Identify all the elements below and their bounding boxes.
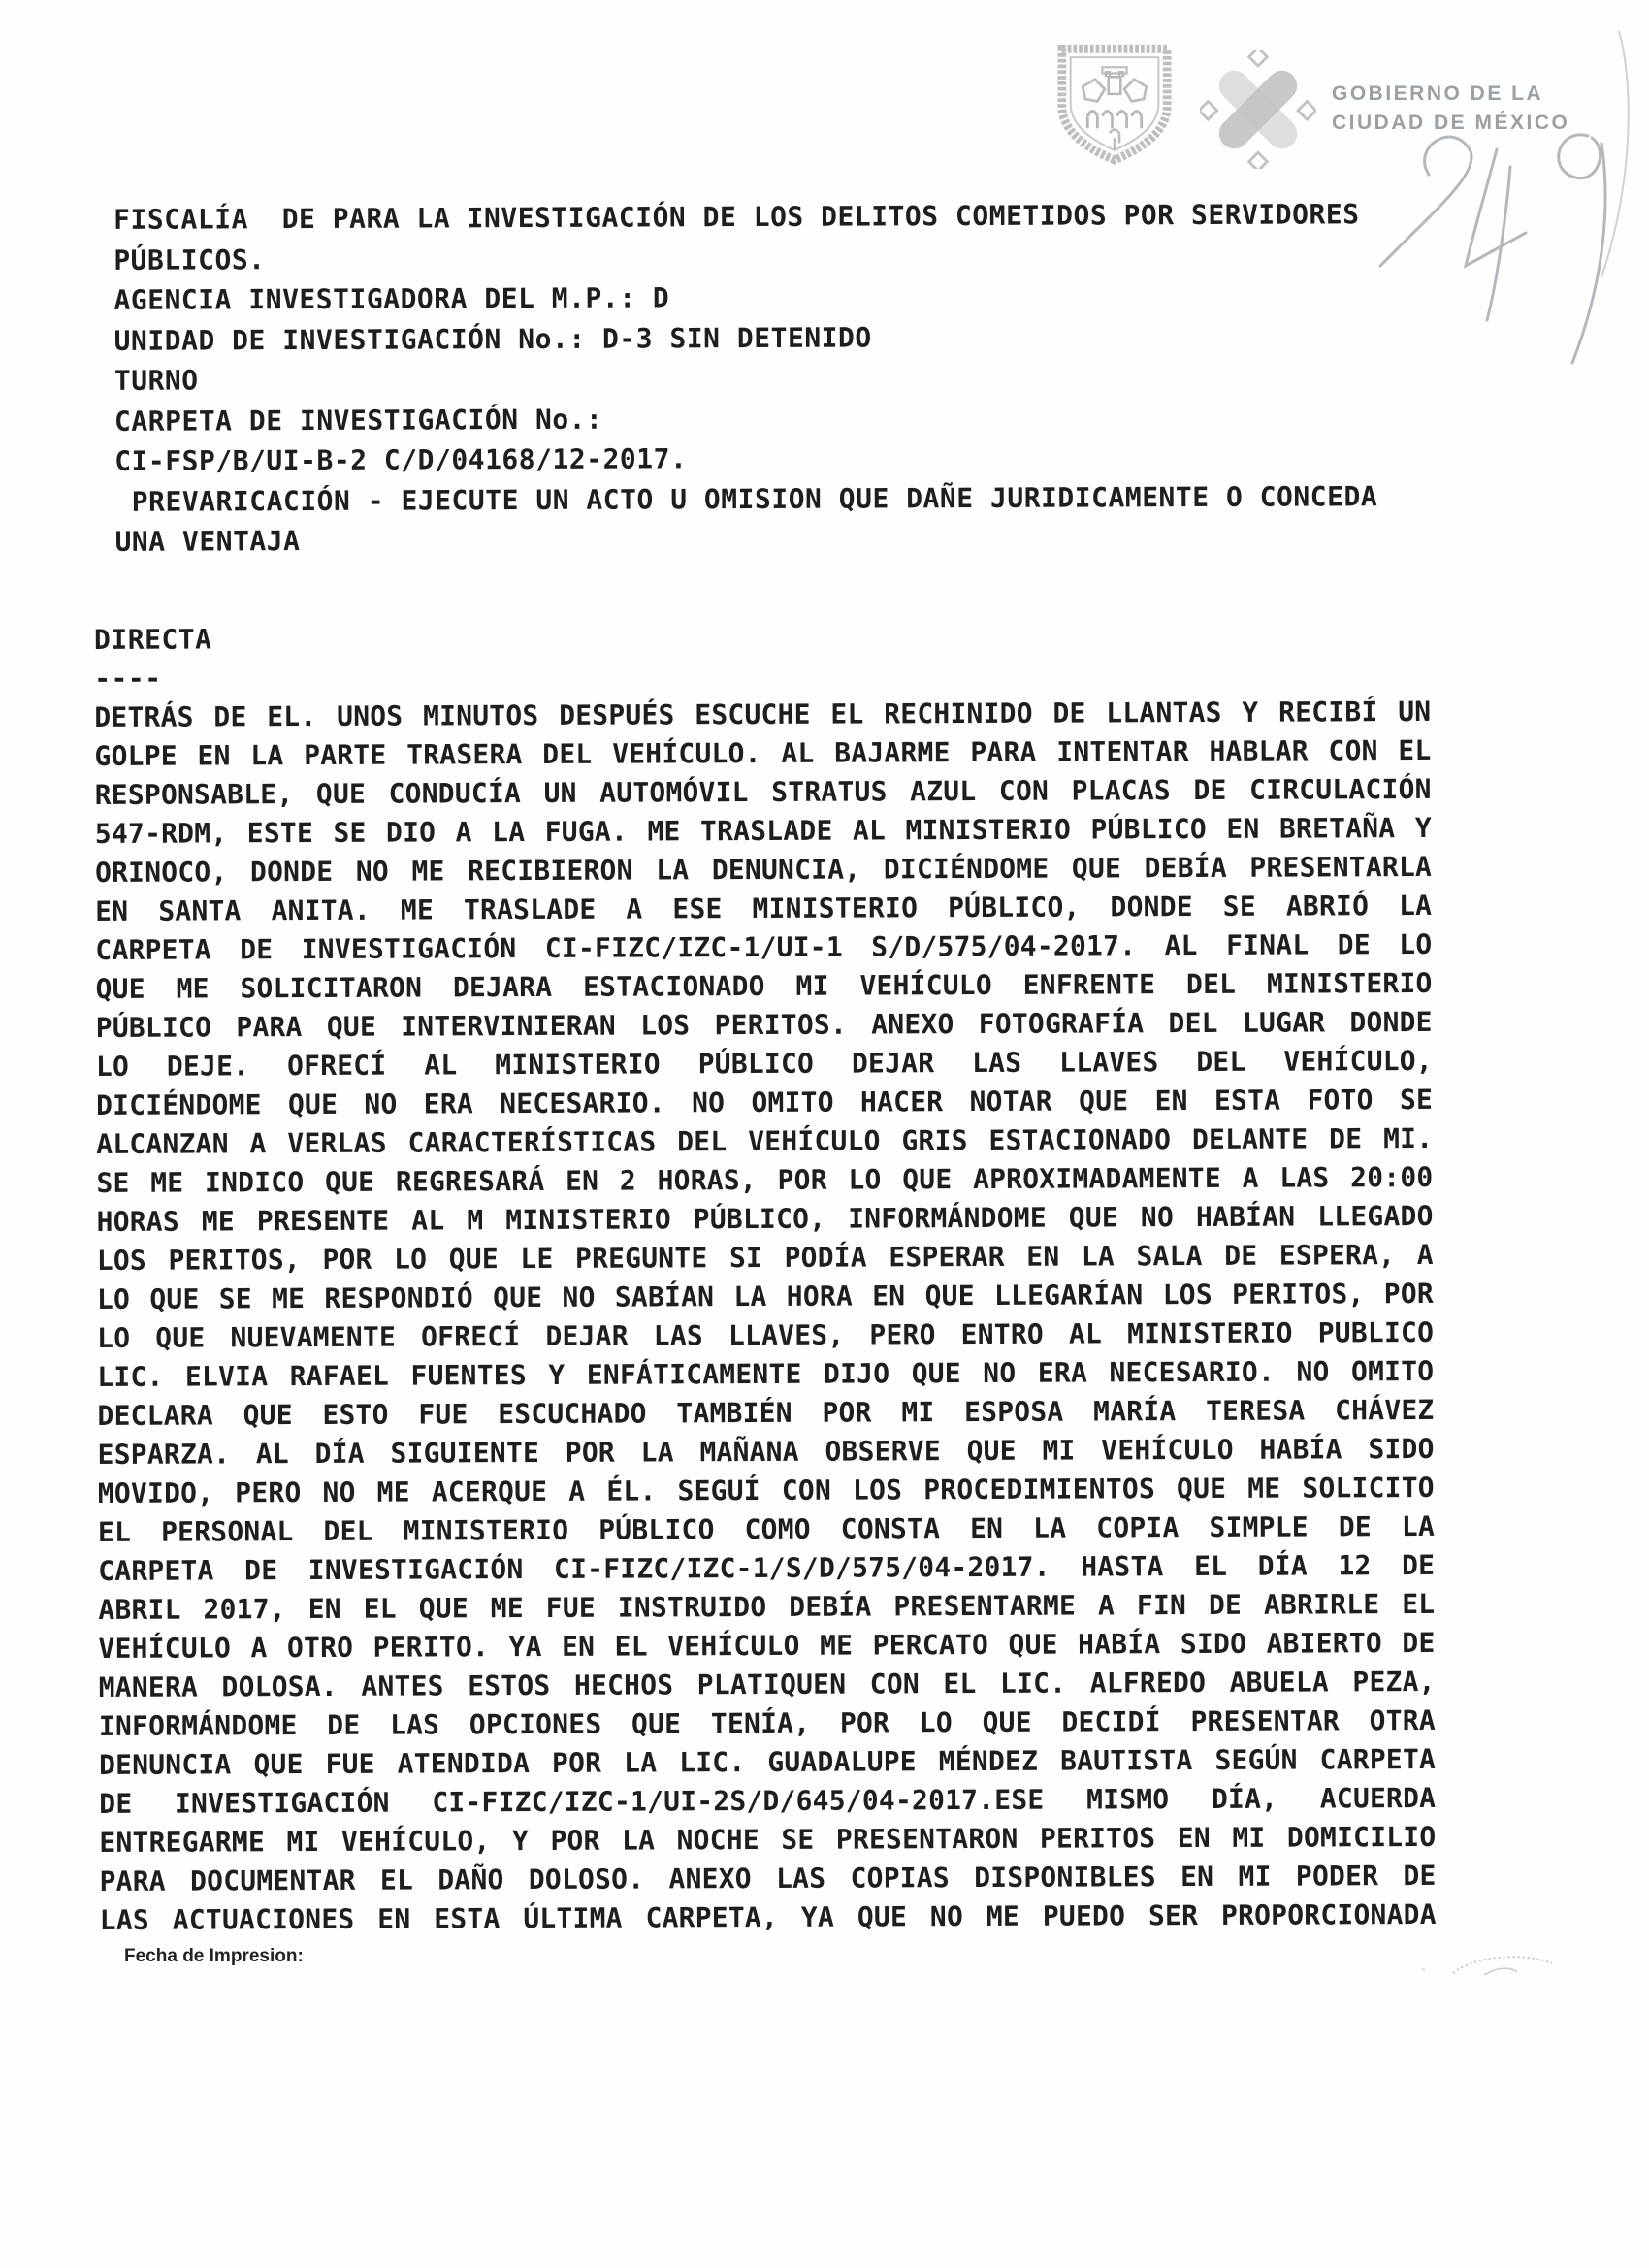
declaration-line: EL PERSONAL DEL MINISTERIO PÚBLICO COMO … bbox=[98, 1507, 1435, 1551]
declaration-line: LO QUE SE ME RESPONDIÓ QUE NO SABÍAN LA … bbox=[97, 1274, 1434, 1318]
case-header-line: UNA VENTAJA bbox=[114, 516, 1430, 562]
coat-of-arms-icon bbox=[1052, 43, 1177, 165]
case-header-line: TURNO bbox=[114, 355, 1430, 401]
declaration-line: ALCANZAN A VERLAS CARACTERÍSTICAS DEL VE… bbox=[96, 1118, 1433, 1163]
document-text: FISCALÍA DE PARA LA INVESTIGACIÓN DE LOS… bbox=[92, 194, 1437, 1939]
case-header-line: UNIDAD DE INVESTIGACIÓN No.: D-3 SIN DET… bbox=[114, 314, 1430, 360]
declaration-line: DE INVESTIGACIÓN CI-FIZC/IZC-1/UI-2S/D/6… bbox=[99, 1778, 1436, 1823]
declaration-line: PÚBLICO PARA QUE INTERVINIERAN LOS PERIT… bbox=[96, 1002, 1433, 1047]
declaration-line: MANERA DOLOSA. ANTES ESTOS HECHOS PLATIQ… bbox=[99, 1662, 1436, 1706]
declaration-line: GOLPE EN LA PARTE TRASERA DEL VEHÍCULO. … bbox=[94, 730, 1431, 775]
government-wordmark-line2: CIUDAD DE MÉXICO bbox=[1332, 109, 1569, 138]
declaration-line: QUE ME SOLICITARON DEJARA ESTACIONADO MI… bbox=[95, 963, 1432, 1008]
declaration-line: CARPETA DE INVESTIGACIÓN CI-FIZC/IZC-1/S… bbox=[98, 1545, 1435, 1590]
case-header-line: FISCALÍA DE PARA LA INVESTIGACIÓN DE LOS… bbox=[113, 194, 1429, 240]
declaration-line: DETRÁS DE EL. UNOS MINUTOS DESPUÉS ESCUC… bbox=[94, 692, 1431, 736]
declaration-line: LO QUE NUEVAMENTE OFRECÍ DEJAR LAS LLAVE… bbox=[97, 1312, 1434, 1357]
case-header-line: AGENCIA INVESTIGADORA DEL M.P.: D bbox=[113, 275, 1429, 320]
government-wordmark-line1: GOBIERNO DE LA bbox=[1332, 80, 1569, 109]
print-date-label: Fecha de Impresion: bbox=[124, 1946, 304, 1967]
declaration-line: EN SANTA ANITA. ME TRASLADE A ESE MINIST… bbox=[95, 886, 1432, 930]
section-divider: ---- bbox=[94, 653, 1431, 697]
declaration-line: ESPARZA. AL DÍA SIGUIENTE POR LA MAÑANA … bbox=[98, 1429, 1435, 1474]
declaration-line: LOS PERITOS, POR LO QUE LE PREGUNTE SI P… bbox=[97, 1235, 1434, 1280]
declaration-line: SE ME INDICO QUE REGRESARÁ EN 2 HORAS, P… bbox=[96, 1157, 1433, 1202]
section-title: DIRECTA bbox=[94, 614, 1431, 659]
government-wordmark: GOBIERNO DE LA CIUDAD DE MÉXICO bbox=[1332, 80, 1569, 138]
declaration-line: LAS ACTUACIONES EN ESTA ÚLTIMA CARPETA, … bbox=[100, 1895, 1437, 1939]
case-header-line: CARPETA DE INVESTIGACIÓN No.: bbox=[114, 395, 1430, 440]
declaration-line: CARPETA DE INVESTIGACIÓN CI-FIZC/IZC-1/U… bbox=[95, 924, 1432, 969]
declaration-line: PARA DOCUMENTAR EL DAÑO DOLOSO. ANEXO LA… bbox=[99, 1856, 1436, 1900]
section-heading: DIRECTA ---- bbox=[94, 614, 1431, 697]
declaration-line: INFORMÁNDOME DE LAS OPCIONES QUE TENÍA, … bbox=[99, 1701, 1436, 1745]
declaration-line: LO DEJE. OFRECÍ AL MINISTERIO PÚBLICO DE… bbox=[96, 1041, 1433, 1085]
scan-corner-artifact bbox=[1416, 1940, 1581, 1998]
declaration-line: DICIÉNDOME QUE NO ERA NECESARIO. NO OMIT… bbox=[96, 1080, 1433, 1124]
declaration-line: HORAS ME PRESENTE AL M MINISTERIO PÚBLIC… bbox=[97, 1196, 1434, 1241]
cdmx-x-logo-icon bbox=[1200, 50, 1316, 169]
letterhead: GOBIERNO DE LA CIUDAD DE MÉXICO bbox=[1052, 41, 1596, 196]
case-header: FISCALÍA DE PARA LA INVESTIGACIÓN DE LOS… bbox=[92, 194, 1431, 563]
declaration-body: DETRÁS DE EL. UNOS MINUTOS DESPUÉS ESCUC… bbox=[94, 692, 1437, 1939]
declaration-line: LIC. ELVIA RAFAEL FUENTES Y ENFÁTICAMENT… bbox=[97, 1351, 1434, 1396]
declaration-line: ORINOCO, DONDE NO ME RECIBIERON LA DENUN… bbox=[95, 847, 1432, 891]
case-header-line: CI-FSP/B/UI-B-2 C/D/04168/12-2017. bbox=[114, 436, 1430, 481]
declaration-line: ENTREGARME MI VEHÍCULO, Y POR LA NOCHE S… bbox=[99, 1817, 1436, 1862]
declaration-line: 547-RDM, ESTE SE DIO A LA FUGA. ME TRASL… bbox=[95, 808, 1432, 853]
case-header-line: PÚBLICOS. bbox=[113, 234, 1429, 279]
case-header-line: PREVARICACIÓN - EJECUTE UN ACTO U OMISIO… bbox=[114, 475, 1430, 521]
declaration-line: VEHÍCULO A OTRO PERITO. YA EN EL VEHÍCUL… bbox=[98, 1623, 1435, 1668]
declaration-line: RESPONSABLE, QUE CONDUCÍA UN AUTOMÓVIL S… bbox=[95, 769, 1432, 814]
declaration-line: DECLARA QUE ESTO FUE ESCUCHADO TAMBIÉN P… bbox=[97, 1390, 1434, 1435]
scanned-document-page: GOBIERNO DE LA CIUDAD DE MÉXICO FISCALÍA… bbox=[0, 0, 1649, 2268]
declaration-line: ABRIL 2017, EN EL QUE ME FUE INSTRUIDO D… bbox=[98, 1584, 1435, 1629]
declaration-line: DENUNCIA QUE FUE ATENDIDA POR LA LIC. GU… bbox=[99, 1739, 1436, 1784]
declaration-line: MOVIDO, PERO NO ME ACERQUE A ÉL. SEGUÍ C… bbox=[98, 1468, 1435, 1512]
